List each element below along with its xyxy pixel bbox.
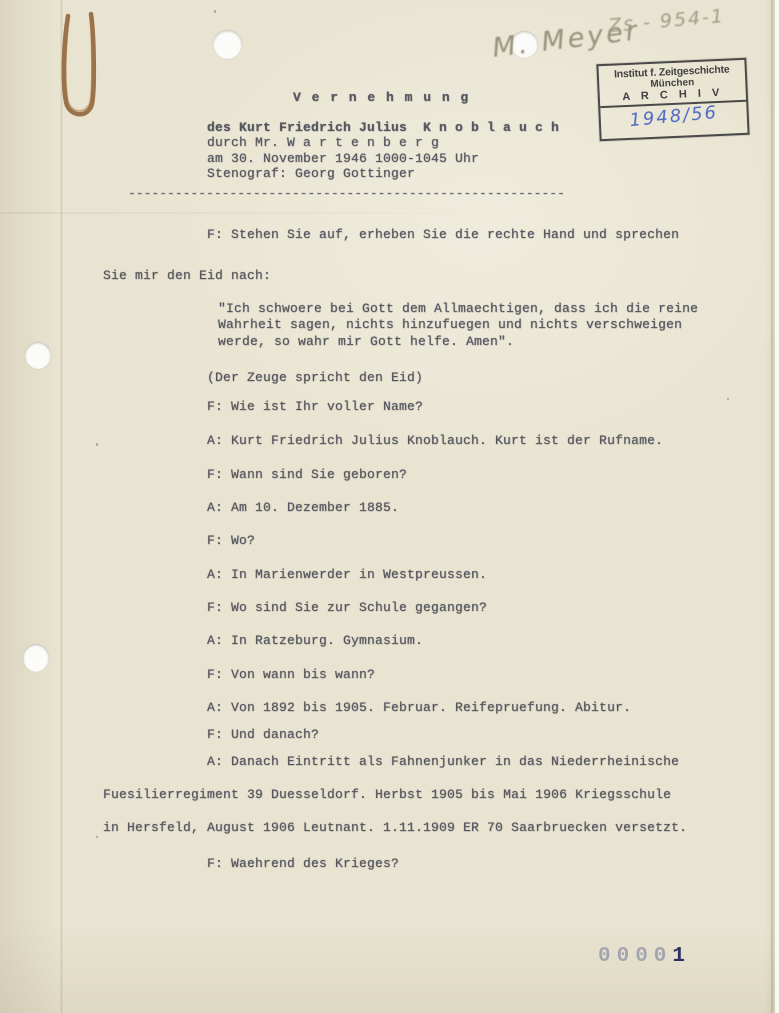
transcript-line: Fuesilierregiment 39 Duesseldorf. Herbst…	[103, 787, 671, 802]
paper-speck	[96, 836, 98, 838]
transcript-line: F: Wo sind Sie zur Schule gegangen?	[207, 600, 487, 615]
punch-hole	[25, 342, 51, 369]
typed-divider-line: ----------------------------------------…	[128, 186, 565, 201]
archive-stamp: Institut f. Zeitgeschichte München A R C…	[596, 58, 749, 141]
document-header-block: des Kurt Friedrich Julius K n o b l a u …	[207, 120, 559, 182]
transcript-line: A: Danach Eintritt als Fahnenjunker in d…	[207, 754, 679, 769]
transcript-line: (Der Zeuge spricht den Eid)	[207, 370, 423, 385]
paper-speck	[96, 443, 98, 446]
transcript-line: F: Und danach?	[207, 727, 319, 742]
paper-speck	[727, 398, 729, 400]
transcript-line: F: Von wann bis wann?	[207, 667, 375, 682]
transcript-line: F: Waehrend des Krieges?	[207, 856, 399, 871]
header-interrogator-line: durch Mr. W a r t e n b e r g	[207, 135, 559, 150]
paper-right-edge	[771, 0, 774, 1013]
scanner-background-strip	[775, 0, 779, 1013]
handwritten-archive-code: Zs - 954-1	[607, 5, 726, 37]
transcript-line: F: Wie ist Ihr voller Name?	[207, 399, 423, 414]
header-subject-line: des Kurt Friedrich Julius K n o b l a u …	[207, 120, 559, 135]
transcript-line: Sie mir den Eid nach:	[103, 268, 271, 283]
transcript-line: A: Von 1892 bis 1905. Februar. Reifeprue…	[207, 700, 631, 715]
oath-line: werde, so wahr mir Gott helfe. Amen".	[218, 334, 698, 350]
paper-speck	[214, 10, 216, 13]
paper-crease	[0, 212, 779, 214]
transcript-line: A: Kurt Friedrich Julius Knoblauch. Kurt…	[207, 433, 663, 448]
transcript-line: F: Wann sind Sie geboren?	[207, 467, 407, 482]
page-number-stamp: 00001	[598, 945, 691, 968]
transcript-line: in Hersfeld, August 1906 Leutnant. 1.11.…	[103, 820, 687, 835]
oath-paragraph: "Ich schwoere bei Gott dem Allmaechtigen…	[218, 301, 698, 350]
paper-fold-line	[60, 0, 63, 1013]
paperclip-mark	[52, 4, 122, 134]
punch-hole	[213, 30, 242, 59]
scanned-document-page: M. Meyer Zs - 954-1 Institut f. Zeitgesc…	[0, 0, 775, 1013]
header-stenographer-line: Stenograf: Georg Gottinger	[207, 166, 559, 181]
oath-line: "Ich schwoere bei Gott dem Allmaechtigen…	[218, 301, 698, 317]
oath-line: Wahrheit sagen, nichts hinzufuegen und n…	[218, 317, 698, 333]
punch-hole	[23, 644, 49, 672]
transcript-line: A: In Marienwerder in Westpreussen.	[207, 567, 487, 582]
transcript-line: F: Stehen Sie auf, erheben Sie die recht…	[207, 227, 679, 242]
transcript-line: A: In Ratzeburg. Gymnasium.	[207, 633, 423, 648]
transcript-line: F: Wo?	[207, 533, 255, 548]
header-date-line: am 30. November 1946 1000-1045 Uhr	[207, 151, 559, 166]
transcript-line: A: Am 10. Dezember 1885.	[207, 500, 399, 515]
document-title: V e r n e h m u n g	[293, 90, 470, 105]
